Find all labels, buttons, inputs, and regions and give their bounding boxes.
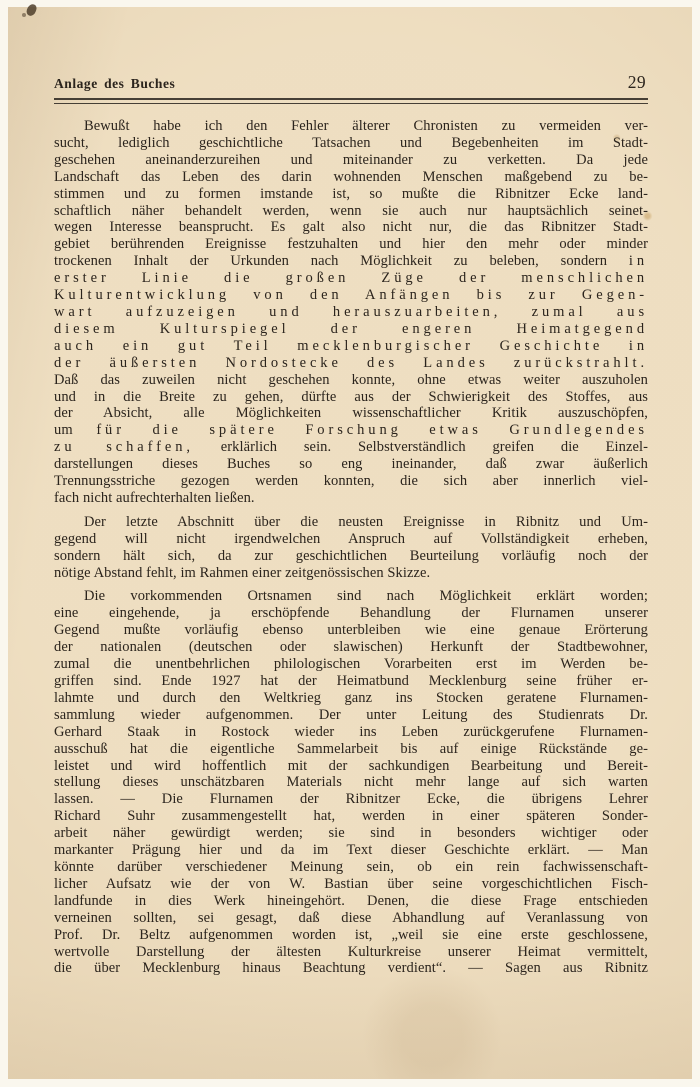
text-segment: sucht, lediglich geschichtliche Tatsache… — [54, 135, 648, 151]
text-line: Trennungsstriche gezogen werden konnten,… — [54, 473, 648, 490]
text-segment: Trennungsstriche gezogen werden konnten,… — [54, 473, 648, 489]
text-line: lahmte und durch den Weltkrieg ganz ins … — [54, 690, 648, 707]
text-line: Landschaft das Leben des darin wohnenden… — [54, 169, 648, 186]
text-line: arbeit näher gewürdigt werden; sie sind … — [54, 825, 648, 842]
text-line: der nationalen (deutschen oder slawische… — [54, 639, 648, 656]
text-line: Die vorkommenden Ortsnamen sind nach Mög… — [54, 588, 648, 605]
text-line: und in die Breite zu gehen, dürfte aus d… — [54, 389, 648, 406]
text-line: wegen Interesse beansprucht. Es galt als… — [54, 219, 648, 236]
text-line: landfunde in dies Werk hineingehört. Den… — [54, 893, 648, 910]
paragraph: Bewußt habe ich den Fehler älterer Chron… — [54, 118, 648, 507]
page-header: Anlage des Buches 29 — [8, 7, 692, 93]
text-line: der äußersten Nordostecke des Landes zur… — [54, 355, 648, 372]
text-segment: und in die Breite zu gehen, dürfte aus d… — [54, 389, 648, 405]
text-line: Richard Suhr zusammengestellt hat, werde… — [54, 808, 648, 825]
text-segment: wegen Interesse beansprucht. Es galt als… — [54, 219, 648, 235]
text-line: stellung dieses unschätzbaren Materials … — [54, 774, 648, 791]
letterspaced-emphasis: in — [629, 253, 648, 269]
text-line: darstellungen dieses Buches so eng inein… — [54, 456, 648, 473]
text-segment: der Absicht, alle Möglichkeiten wissensc… — [54, 405, 648, 421]
text-segment: erklärlich sein. Selbstverständlich grei… — [194, 439, 648, 455]
text-segment: gebiet berührenden Ereignisse festzuhalt… — [54, 236, 648, 252]
text-segment: trockenen Inhalt der Urkunden nach Mögli… — [54, 253, 629, 269]
text-segment: Prof. Dr. Beltz aufgenommen worden ist, … — [54, 927, 648, 943]
text-line: erster Linie die großen Züge der menschl… — [54, 270, 648, 287]
text-line: leistet und wird hoffentlich mit der sac… — [54, 758, 648, 775]
letterspaced-emphasis: der äußersten Nordostecke des Landes zur… — [54, 355, 648, 371]
text-line: um für die spätere Forschung etwas Grund… — [54, 422, 648, 439]
text-line: Prof. Dr. Beltz aufgenommen worden ist, … — [54, 927, 648, 944]
text-line: zumal die unentbehrlichen philologischen… — [54, 656, 648, 673]
text-line: wertvolle Darstellung der ältesten Kultu… — [54, 944, 648, 961]
text-line: Daß das zuweilen nicht geschehen konnte,… — [54, 372, 648, 389]
text-segment: licher Aufsatz wie der von W. Bastian üb… — [54, 876, 648, 892]
text-line: trockenen Inhalt der Urkunden nach Mögli… — [54, 253, 648, 270]
text-segment: Richard Suhr zusammengestellt hat, werde… — [54, 808, 648, 824]
text-segment: zumal die unentbehrlichen philologischen… — [54, 656, 648, 672]
paragraph: Die vorkommenden Ortsnamen sind nach Mög… — [54, 588, 648, 977]
text-segment: sondern hält sich, da zur geschichtliche… — [54, 548, 648, 564]
text-line: sammlung wieder aufgenommen. Der unter L… — [54, 707, 648, 724]
text-segment: ausschuß hat die eigentliche Sammelarbei… — [54, 741, 648, 757]
text-segment: schaftlich näher behandelt werden, wenn … — [54, 203, 648, 219]
scanned-book-page: Anlage des Buches 29 Bewußt habe ich den… — [0, 0, 700, 1087]
text-line: auch ein gut Teil mecklenburgischer Gesc… — [54, 338, 648, 355]
text-line: ausschuß hat die eigentliche Sammelarbei… — [54, 741, 648, 758]
letterspaced-emphasis: zu schaffen, — [54, 439, 194, 455]
text-segment: die über Mecklenburg hinaus Beachtung ve… — [54, 960, 648, 976]
page-body: Bewußt habe ich den Fehler älterer Chron… — [8, 104, 692, 977]
text-line: fach nicht aufrechterhalten ließen. — [54, 490, 648, 507]
text-line: verneinen sollten, sei gesagt, daß diese… — [54, 910, 648, 927]
text-line: lassen. — Die Flurnamen der Ribnitzer Ec… — [54, 791, 648, 808]
text-segment: lassen. — Die Flurnamen der Ribnitzer Ec… — [54, 791, 648, 807]
text-line: Bewußt habe ich den Fehler älterer Chron… — [54, 118, 648, 135]
text-line: griffen sind. Ende 1927 hat der Heimatbu… — [54, 673, 648, 690]
text-segment: arbeit näher gewürdigt werden; sie sind … — [54, 825, 648, 841]
text-segment: fach nicht aufrechterhalten ließen. — [54, 490, 255, 506]
text-segment: Die vorkommenden Ortsnamen sind nach Mög… — [84, 588, 648, 604]
text-line: eine eingehende, ja erschöpfende Behandl… — [54, 605, 648, 622]
text-segment: darstellungen dieses Buches so eng inein… — [54, 456, 648, 472]
text-line: der Absicht, alle Möglichkeiten wissensc… — [54, 405, 648, 422]
text-line: wart aufzuzeigen und herauszuarbeiten, z… — [54, 304, 648, 321]
text-segment: landfunde in dies Werk hineingehört. Den… — [54, 893, 648, 909]
text-segment: der nationalen (deutschen oder slawische… — [54, 639, 648, 655]
text-segment: um — [54, 422, 96, 438]
text-line: zu schaffen, erklärlich sein. Selbstvers… — [54, 439, 648, 456]
text-line: geschehen aneinanderzureihen und miteina… — [54, 152, 648, 169]
text-line: stimmen und zu formen imstande ist, so m… — [54, 186, 648, 203]
text-segment: griffen sind. Ende 1927 hat der Heimatbu… — [54, 673, 648, 689]
text-line: markanter Prägung hier und da im Text di… — [54, 842, 648, 859]
text-line: sondern hält sich, da zur geschichtliche… — [54, 548, 648, 565]
text-segment: stellung dieses unschätzbaren Materials … — [54, 774, 648, 790]
text-segment: Gegend mußte vorläufig ebenso unterbleib… — [54, 622, 648, 638]
text-segment: markanter Prägung hier und da im Text di… — [54, 842, 648, 858]
text-segment: eine eingehende, ja erschöpfende Behandl… — [54, 605, 648, 621]
text-segment: gegend will nicht irgendwelchen Anspruch… — [54, 531, 648, 547]
text-line: könnte darüber verschiedener Meinung sei… — [54, 859, 648, 876]
text-segment: nötige Abstand fehlt, im Rahmen einer ze… — [54, 565, 430, 581]
text-line: licher Aufsatz wie der von W. Bastian üb… — [54, 876, 648, 893]
text-segment: Der letzte Abschnitt über die neusten Er… — [84, 514, 648, 530]
text-line: die über Mecklenburg hinaus Beachtung ve… — [54, 960, 648, 977]
letterspaced-emphasis: für die spätere Forschung etwas Grundleg… — [96, 422, 648, 438]
letterspaced-emphasis: auch ein gut Teil mecklenburgischer Gesc… — [54, 338, 648, 354]
text-segment: lahmte und durch den Weltkrieg ganz ins … — [54, 690, 648, 706]
letterspaced-emphasis: diesem Kulturspiegel der engeren Heimatg… — [54, 321, 648, 337]
text-segment: könnte darüber verschiedener Meinung sei… — [54, 859, 648, 875]
text-line: Kulturentwicklung von den Anfängen bis z… — [54, 287, 648, 304]
letterspaced-emphasis: erster Linie die großen Züge der menschl… — [54, 270, 648, 286]
text-segment: geschehen aneinanderzureihen und miteina… — [54, 152, 648, 168]
scan-artifact — [22, 13, 26, 17]
page-number: 29 — [628, 72, 648, 93]
text-line: Gerhard Staak in Rostock wieder ins Lebe… — [54, 724, 648, 741]
running-header-title: Anlage des Buches — [54, 76, 175, 92]
text-line: nötige Abstand fehlt, im Rahmen einer ze… — [54, 565, 648, 582]
text-line: diesem Kulturspiegel der engeren Heimatg… — [54, 321, 648, 338]
text-segment: stimmen und zu formen imstande ist, so m… — [54, 186, 648, 202]
text-segment: leistet und wird hoffentlich mit der sac… — [54, 758, 648, 774]
paragraph: Der letzte Abschnitt über die neusten Er… — [54, 514, 648, 582]
text-segment: Bewußt habe ich den Fehler älterer Chron… — [84, 118, 648, 134]
text-line: gegend will nicht irgendwelchen Anspruch… — [54, 531, 648, 548]
text-line: schaftlich näher behandelt werden, wenn … — [54, 203, 648, 220]
text-line: Gegend mußte vorläufig ebenso unterbleib… — [54, 622, 648, 639]
text-segment: verneinen sollten, sei gesagt, daß diese… — [54, 910, 648, 926]
header-rule — [54, 98, 648, 104]
text-segment: sammlung wieder aufgenommen. Der unter L… — [54, 707, 648, 723]
text-segment: Landschaft das Leben des darin wohnenden… — [54, 169, 648, 185]
text-segment: Gerhard Staak in Rostock wieder ins Lebe… — [54, 724, 648, 740]
text-segment: wertvolle Darstellung der ältesten Kultu… — [54, 944, 648, 960]
text-line: sucht, lediglich geschichtliche Tatsache… — [54, 135, 648, 152]
text-segment: Daß das zuweilen nicht geschehen konnte,… — [54, 372, 648, 388]
book-page: Anlage des Buches 29 Bewußt habe ich den… — [8, 7, 692, 1079]
text-line: Der letzte Abschnitt über die neusten Er… — [54, 514, 648, 531]
letterspaced-emphasis: wart aufzuzeigen und herauszuarbeiten, z… — [54, 304, 648, 320]
text-line: gebiet berührenden Ereignisse festzuhalt… — [54, 236, 648, 253]
letterspaced-emphasis: Kulturentwicklung von den Anfängen bis z… — [54, 287, 648, 303]
